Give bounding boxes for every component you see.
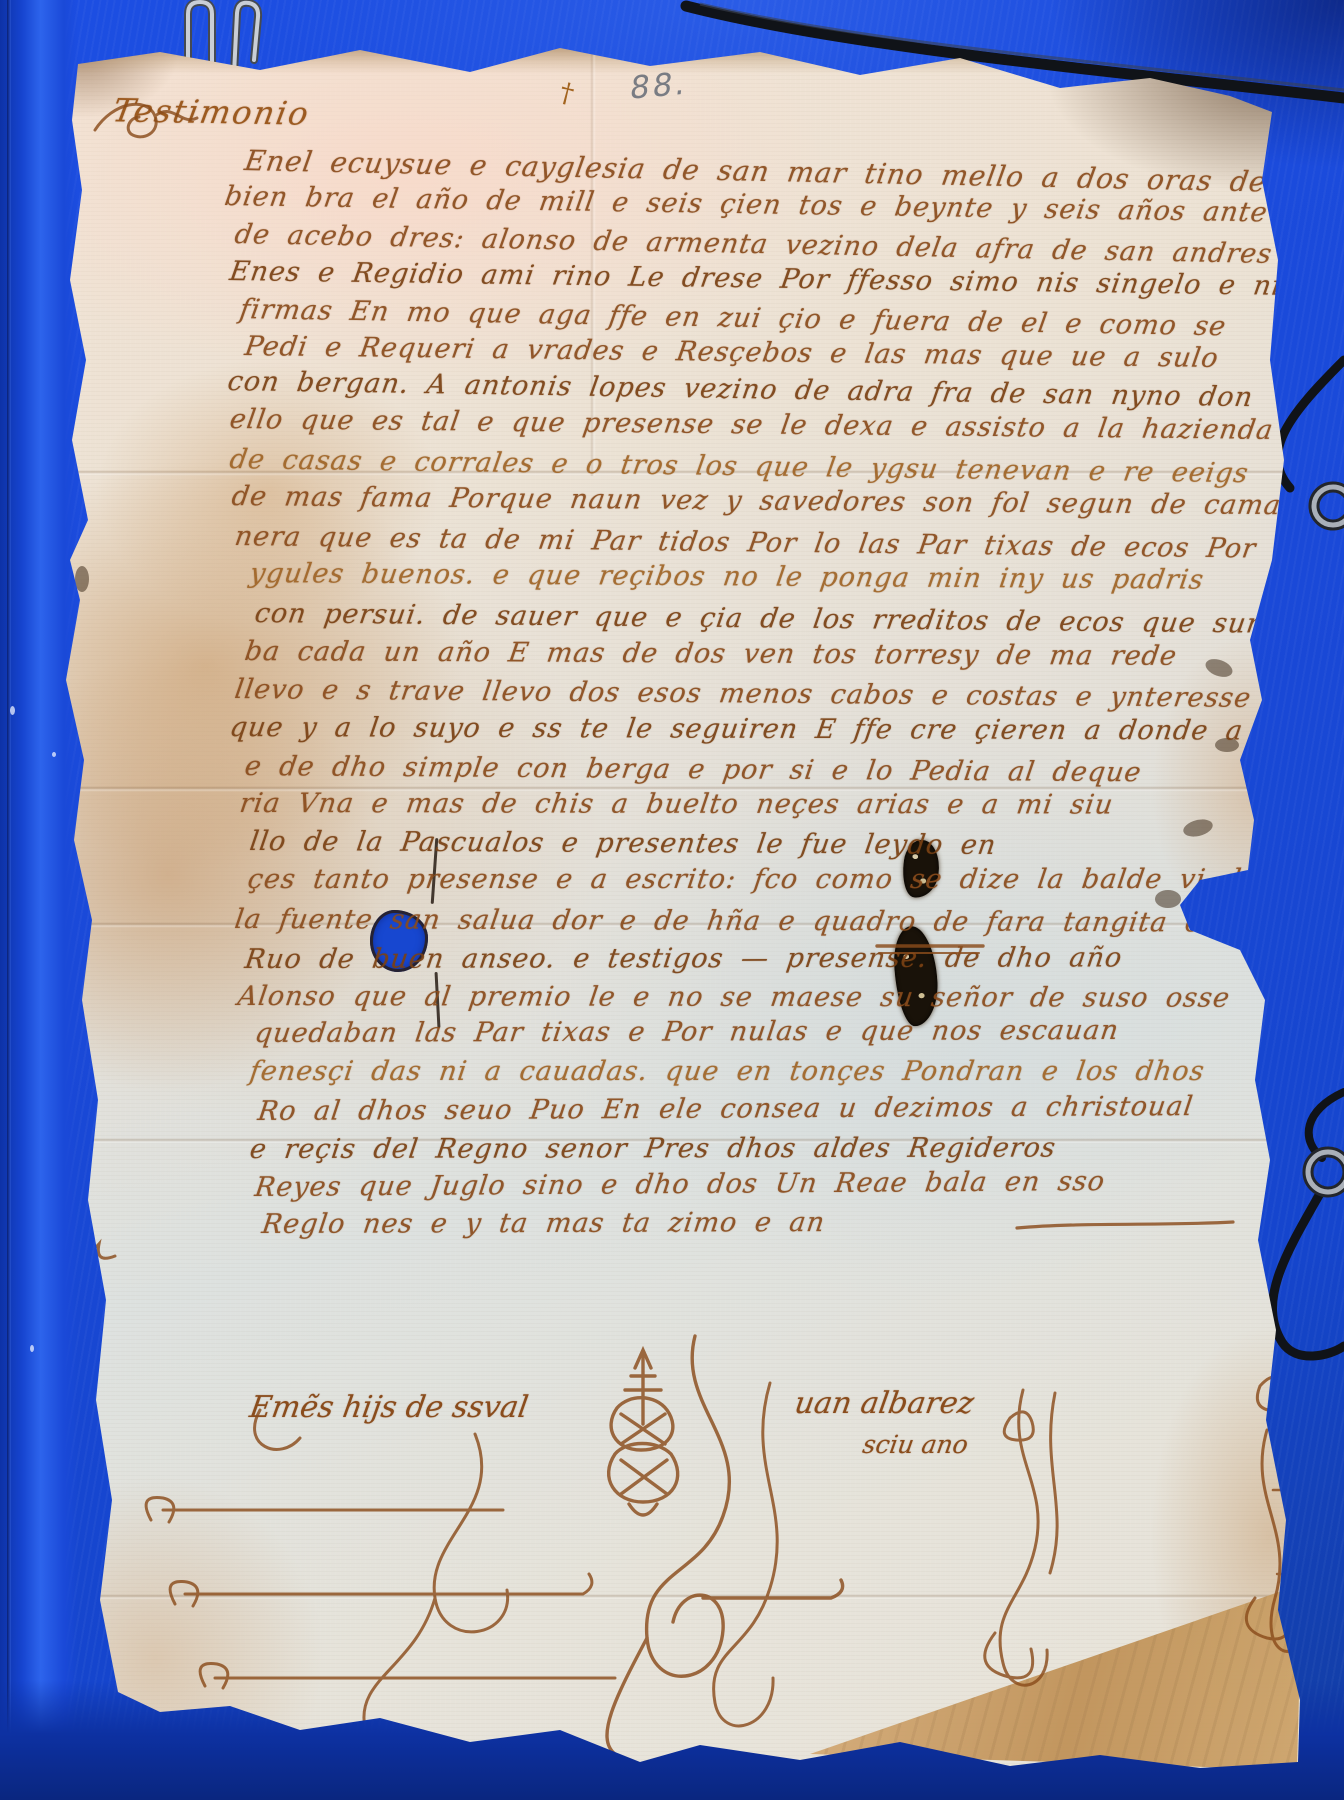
elastic-cord bbox=[1272, 1092, 1344, 1356]
heading-swash bbox=[95, 104, 197, 137]
signature-right-rubric bbox=[714, 1383, 1058, 1726]
signature-left-rubric bbox=[146, 1410, 615, 1728]
manuscript-page: Testimonio † 88. Enel ecuysue e cayglesi… bbox=[55, 38, 1307, 1780]
notarial-sign bbox=[607, 1336, 843, 1754]
paperclip bbox=[234, 3, 258, 74]
line-dashes bbox=[877, 946, 1233, 1228]
manuscript-photo: Testimonio † 88. Enel ecuysue e cayglesi… bbox=[0, 0, 1344, 1800]
ink-flourishes bbox=[55, 38, 1307, 1780]
metal-grommet bbox=[1314, 487, 1344, 525]
elastic-cord bbox=[1278, 360, 1344, 488]
